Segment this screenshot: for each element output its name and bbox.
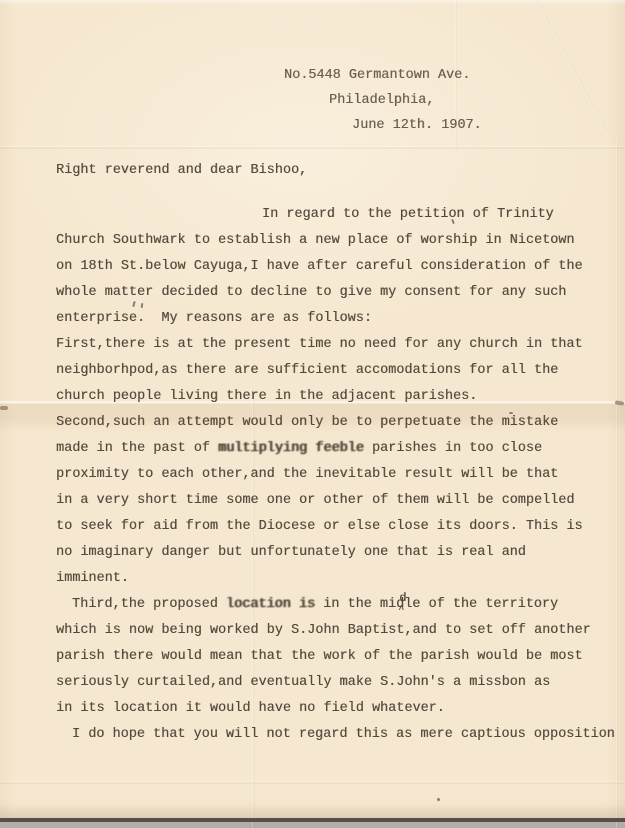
body-line-segment: in the mid: [315, 597, 404, 612]
body-line: whole matter decided to decline to give …: [56, 280, 618, 306]
body-line-segment: le of the territory: [404, 597, 558, 612]
body-line: parish there would mean that the work of…: [56, 644, 618, 670]
body-line: church people living there in the adjace…: [56, 384, 618, 410]
body-line: I do hope that you will not regard this …: [56, 722, 618, 748]
body-line-segment: parishes in too close: [364, 441, 542, 456]
body-line: in a very short time some one or other o…: [56, 488, 618, 514]
sender-city-line: Philadelphia,: [329, 93, 434, 108]
body-line-segment: made in the past of: [56, 441, 218, 456]
body-line: First,there is at the present time no ne…: [56, 332, 618, 358]
body-line: seriously curtailed,and eventually make …: [56, 670, 618, 696]
body-line: which is now being worked by S.John Bapt…: [56, 618, 618, 644]
body-line: neighborhpod,as there are sufficient acc…: [56, 358, 618, 384]
scanned-letter-page: No.5448 Germantown Ave. Philadelphia, Ju…: [0, 0, 625, 828]
body-line-segment: Third,the proposed: [72, 597, 226, 612]
letter-text-layer: No.5448 Germantown Ave. Philadelphia, Ju…: [0, 0, 625, 828]
body-line: no imaginary danger but unfortunately on…: [56, 540, 618, 566]
insertion-caret: ^: [398, 598, 404, 624]
salutation: Right reverend and dear Bishoo,: [56, 163, 307, 178]
letter-date: June 12th. 1907.: [352, 118, 482, 133]
body-line: proximity to each other,and the inevitab…: [56, 462, 618, 488]
body-line: imminent.: [56, 566, 618, 592]
body-line: on 18th St.below Cayuga,I have after car…: [56, 254, 618, 280]
body-line-with-correction: Third,the proposed location is in the mi…: [56, 592, 618, 618]
overstruck-text: location is: [226, 597, 315, 612]
body-line: enterprise. My reasons are as follows:: [56, 306, 618, 332]
body-line: Second,such an attempt would only be to …: [56, 410, 618, 436]
body-line: in its location it would have no field w…: [56, 696, 618, 722]
body-line: In regard to the petition of Trinity: [56, 202, 618, 228]
sender-address-line: No.5448 Germantown Ave.: [284, 68, 470, 83]
body-line: Church Southwark to establish a new plac…: [56, 228, 618, 254]
body-line-overstruck: made in the past of multiplying feeble p…: [56, 436, 618, 462]
letter-body: In regard to the petition of Trinity Chu…: [56, 202, 618, 748]
overstruck-text: multiplying feeble: [218, 441, 364, 456]
body-line: to seek for aid from the Diocese or else…: [56, 514, 618, 540]
